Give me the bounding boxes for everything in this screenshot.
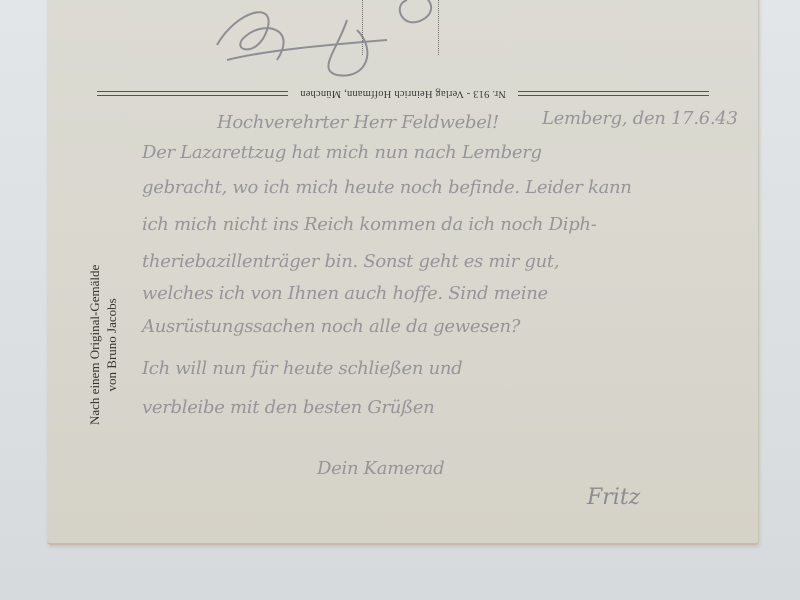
artwork-credit: Nach einem Original-Gemälde von Bruno Ja… bbox=[86, 265, 120, 425]
postcard: Nr. 913 - Verlag Heinrich Hoffmann, Münc… bbox=[47, 0, 759, 545]
handwritten-line: Der Lazarettzug hat mich nun nach Lember… bbox=[142, 142, 542, 163]
publisher-imprint: Nr. 913 - Verlag Heinrich Hoffmann, Münc… bbox=[288, 89, 518, 100]
handwritten-line: ich mich nicht ins Reich kommen da ich n… bbox=[142, 214, 597, 235]
stamp-area-dotted-box bbox=[362, 0, 439, 55]
publisher-imprint-line: Nr. 913 - Verlag Heinrich Hoffmann, Münc… bbox=[97, 84, 709, 104]
handwritten-place-date: Lemberg, den 17.6.43 bbox=[542, 108, 738, 129]
handwritten-closing: Dein Kamerad bbox=[317, 458, 444, 479]
double-rule-left bbox=[518, 92, 709, 97]
credit-line-2: von Bruno Jacobs bbox=[103, 265, 120, 425]
handwritten-line: verbleibe mit den besten Grüßen bbox=[142, 397, 434, 418]
handwritten-line: Ich will nun für heute schließen und bbox=[142, 358, 462, 379]
handwritten-line: gebracht, wo ich mich heute noch befinde… bbox=[142, 177, 632, 198]
handwritten-salutation: Hochverehrter Herr Feldwebel! bbox=[217, 112, 499, 133]
handwritten-line: Ausrüstungssachen noch alle da gewesen? bbox=[142, 316, 520, 337]
credit-line-1: Nach einem Original-Gemälde bbox=[86, 265, 103, 425]
handwritten-line: welches ich von Ihnen auch hoffe. Sind m… bbox=[142, 283, 548, 304]
handwritten-signature: Fritz bbox=[587, 485, 640, 510]
double-rule-right bbox=[97, 92, 288, 97]
handwritten-line: theriebazillenträger bin. Sonst geht es … bbox=[142, 251, 559, 272]
